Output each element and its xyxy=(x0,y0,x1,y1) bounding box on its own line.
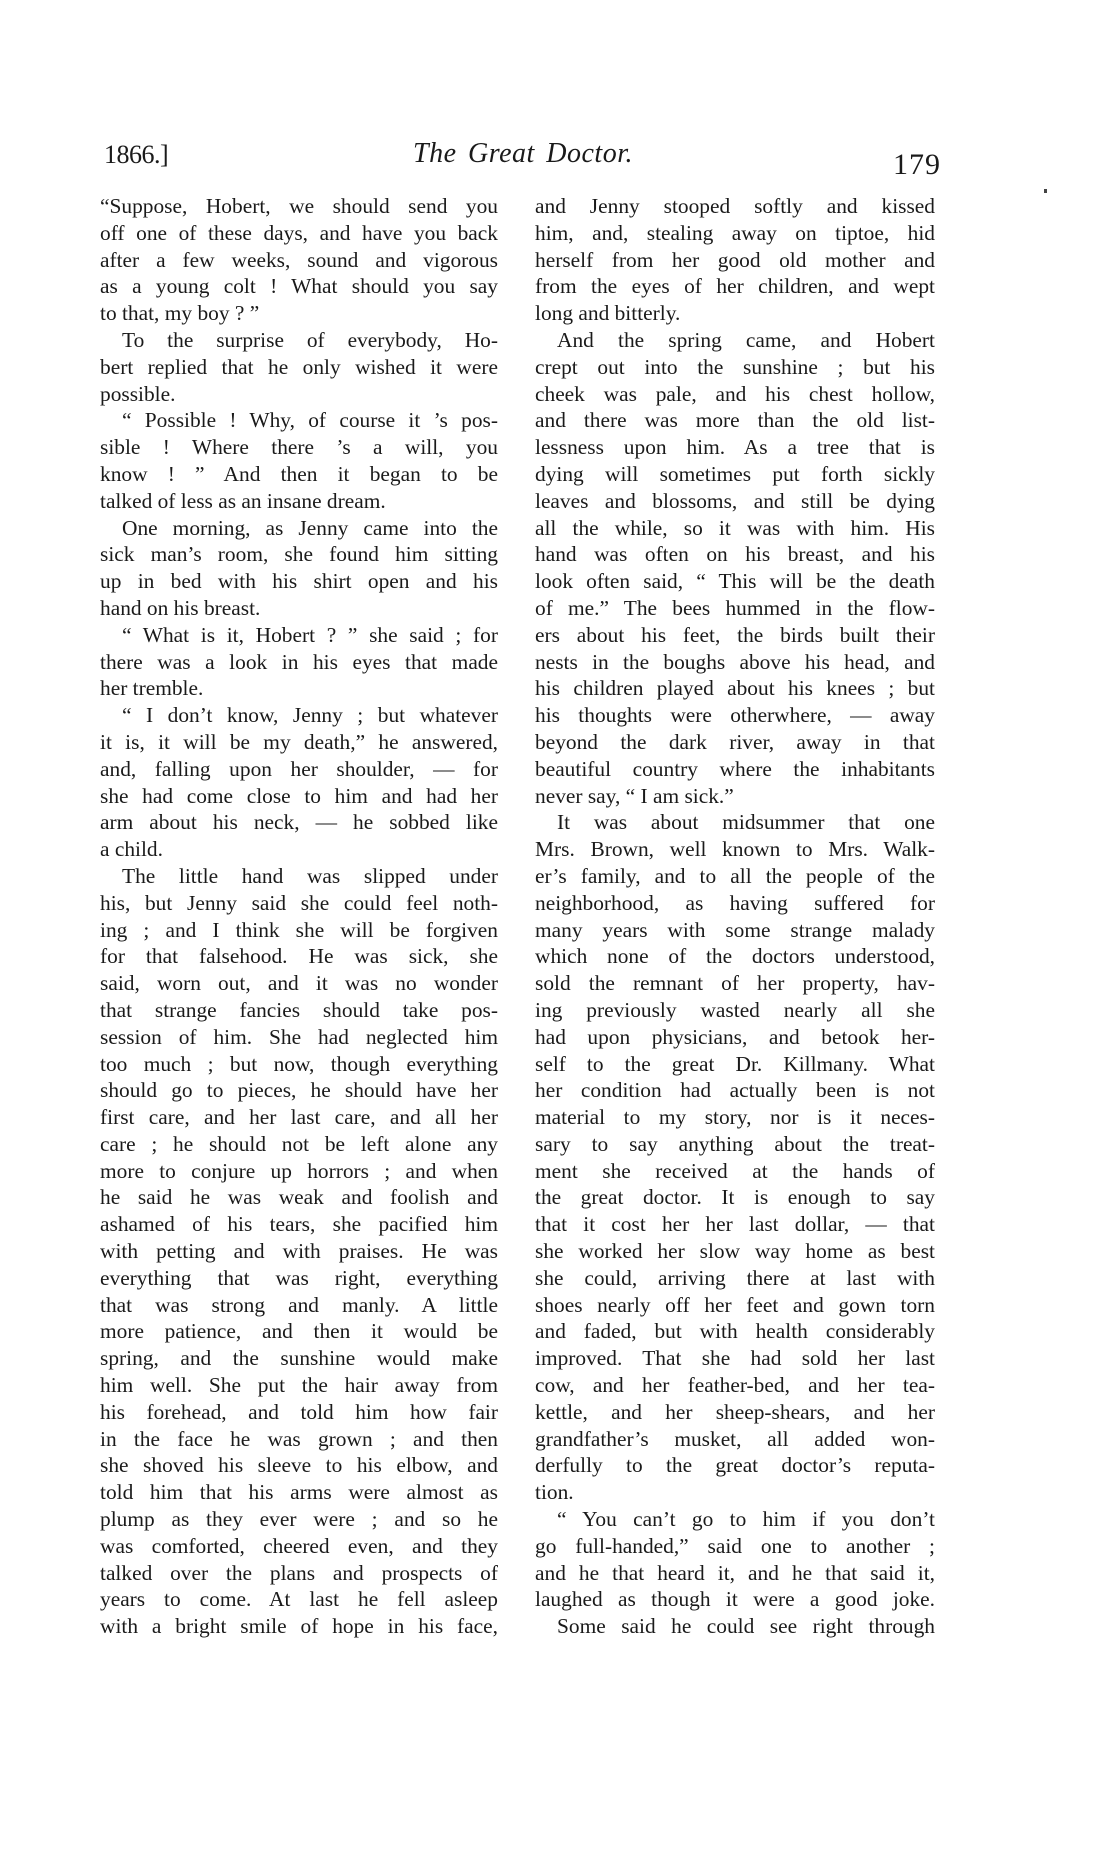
text-line: leaves and blossoms, and still be dying xyxy=(535,488,935,515)
text-line: ing previously wasted nearly all she xyxy=(535,997,935,1024)
text-line: crept out into the sunshine ; but his xyxy=(535,354,935,381)
text-line: him, and, stealing away on tiptoe, hid xyxy=(535,220,935,247)
text-line: hand on his breast. xyxy=(100,595,498,622)
text-line: improved. That she had sold her last xyxy=(535,1345,935,1372)
text-line: first care, and her last care, and all h… xyxy=(100,1104,498,1131)
text-line: that it cost her her last dollar, — that xyxy=(535,1211,935,1238)
text-line: dying will sometimes put forth sickly xyxy=(535,461,935,488)
text-line: “Suppose, Hobert, we should send you xyxy=(100,193,498,220)
text-line: she had come close to him and had her xyxy=(100,783,498,810)
text-line: material to my story, nor is it neces- xyxy=(535,1104,935,1131)
text-line: care ; he should not be left alone any xyxy=(100,1131,498,1158)
text-line: er’s family, and to all the people of th… xyxy=(535,863,935,890)
text-line: self to the great Dr. Killmany. What xyxy=(535,1051,935,1078)
text-line: with a bright smile of hope in his face, xyxy=(100,1613,498,1640)
text-line: “ You can’t go to him if you don’t xyxy=(535,1506,935,1533)
text-line: possible. xyxy=(100,381,498,408)
text-line: his forehead, and told him how fair xyxy=(100,1399,498,1426)
text-line: should go to pieces, he should have her xyxy=(100,1077,498,1104)
text-line: to that, my boy ? ” xyxy=(100,300,498,327)
text-line: hand was often on his breast, and his xyxy=(535,541,935,568)
text-line: talked over the plans and prospects of xyxy=(100,1560,498,1587)
page-number: 179 xyxy=(893,148,941,182)
text-line: lessness upon him. As a tree that is xyxy=(535,434,935,461)
text-line: him well. She put the hair away from xyxy=(100,1372,498,1399)
text-line: sary to say anything about the treat- xyxy=(535,1131,935,1158)
text-line: talked of less as an insane dream. xyxy=(100,488,498,515)
text-line: more patience, and then it would be xyxy=(100,1318,498,1345)
text-line: there was a look in his eyes that made xyxy=(100,649,498,676)
text-line: know ! ” And then it began to be xyxy=(100,461,498,488)
text-line: and Jenny stooped softly and kissed xyxy=(535,193,935,220)
text-line: laughed as though it were a good joke. xyxy=(535,1586,935,1613)
text-line: ing ; and I think she will be forgiven xyxy=(100,917,498,944)
text-line: that was strong and manly. A little xyxy=(100,1292,498,1319)
running-head-title: The Great Doctor. xyxy=(413,138,633,170)
text-line: it is, it will be my death,” he answered… xyxy=(100,729,498,756)
text-line: the great doctor. It is enough to say xyxy=(535,1184,935,1211)
text-line: that strange fancies should take pos- xyxy=(100,997,498,1024)
text-line: “ What is it, Hobert ? ” she said ; for xyxy=(100,622,498,649)
text-line: The little hand was slipped under xyxy=(100,863,498,890)
text-column-left: “Suppose, Hobert, we should send youoff … xyxy=(100,193,498,1640)
text-line: bert replied that he only wished it were xyxy=(100,354,498,381)
text-line: cheek was pale, and his chest hollow, xyxy=(535,381,935,408)
text-line: was comforted, cheered even, and they xyxy=(100,1533,498,1560)
scan-speck xyxy=(1044,189,1047,193)
text-line: off one of these days, and have you back xyxy=(100,220,498,247)
text-line: ment she received at the hands of xyxy=(535,1158,935,1185)
running-head-year: 1866.] xyxy=(104,140,168,170)
text-line: more to conjure up horrors ; and when xyxy=(100,1158,498,1185)
text-line: “ I don’t know, Jenny ; but whatever xyxy=(100,702,498,729)
text-line: long and bitterly. xyxy=(535,300,935,327)
text-line: with petting and with praises. He was xyxy=(100,1238,498,1265)
text-line: sible ! Where there ’s a will, you xyxy=(100,434,498,461)
text-line: and faded, but with health considerably xyxy=(535,1318,935,1345)
text-line: neighborhood, as having suffered for xyxy=(535,890,935,917)
text-line: of me.” The bees hummed in the flow- xyxy=(535,595,935,622)
text-line: kettle, and her sheep-shears, and her xyxy=(535,1399,935,1426)
text-line: as a young colt ! What should you say xyxy=(100,273,498,300)
text-line: To the surprise of everybody, Ho- xyxy=(100,327,498,354)
text-column-right: and Jenny stooped softly and kissedhim, … xyxy=(535,193,935,1640)
text-line: after a few weeks, sound and vigorous xyxy=(100,247,498,274)
text-line: sick man’s room, she found him sitting xyxy=(100,541,498,568)
text-line: his, but Jenny said she could feel noth- xyxy=(100,890,498,917)
text-line: up in bed with his shirt open and his xyxy=(100,568,498,595)
text-line: from the eyes of her children, and wept xyxy=(535,273,935,300)
text-line: his thoughts were otherwhere, — away xyxy=(535,702,935,729)
text-line: a child. xyxy=(100,836,498,863)
text-line: Mrs. Brown, well known to Mrs. Walk- xyxy=(535,836,935,863)
text-line: grandfather’s musket, all added won- xyxy=(535,1426,935,1453)
text-line: And the spring came, and Hobert xyxy=(535,327,935,354)
text-line: everything that was right, everything xyxy=(100,1265,498,1292)
text-line: session of him. She had neglected him xyxy=(100,1024,498,1051)
text-line: years to come. At last he fell asleep xyxy=(100,1586,498,1613)
text-line: shoes nearly off her feet and gown torn xyxy=(535,1292,935,1319)
text-line: many years with some strange malady xyxy=(535,917,935,944)
text-line: said, worn out, and it was no wonder xyxy=(100,970,498,997)
text-line: and there was more than the old list- xyxy=(535,407,935,434)
text-line: cow, and her feather-bed, and her tea- xyxy=(535,1372,935,1399)
text-line: ashamed of his tears, she pacified him xyxy=(100,1211,498,1238)
text-line: derfully to the great doctor’s reputa- xyxy=(535,1452,935,1479)
text-line: told him that his arms were almost as xyxy=(100,1479,498,1506)
text-line: his children played about his knees ; bu… xyxy=(535,675,935,702)
text-line: “ Possible ! Why, of course it ’s pos- xyxy=(100,407,498,434)
text-line: spring, and the sunshine would make xyxy=(100,1345,498,1372)
running-head: 1866.] The Great Doctor. 179 xyxy=(0,138,1112,183)
text-line: her condition had actually been is not xyxy=(535,1077,935,1104)
text-line: beautiful country where the inhabitants xyxy=(535,756,935,783)
text-line: had upon physicians, and betook her- xyxy=(535,1024,935,1051)
text-line: she could, arriving there at last with xyxy=(535,1265,935,1292)
text-line: tion. xyxy=(535,1479,935,1506)
text-line: in the face he was grown ; and then xyxy=(100,1426,498,1453)
text-line: for that falsehood. He was sick, she xyxy=(100,943,498,970)
text-line: and he that heard it, and he that said i… xyxy=(535,1560,935,1587)
text-line: sold the remnant of her property, hav- xyxy=(535,970,935,997)
text-line: too much ; but now, though everything xyxy=(100,1051,498,1078)
text-line: she shoved his sleeve to his elbow, and xyxy=(100,1452,498,1479)
text-line: arm about his neck, — he sobbed like xyxy=(100,809,498,836)
text-line: One morning, as Jenny came into the xyxy=(100,515,498,542)
text-line: beyond the dark river, away in that xyxy=(535,729,935,756)
text-line: her tremble. xyxy=(100,675,498,702)
text-line: plump as they ever were ; and so he xyxy=(100,1506,498,1533)
text-line: she worked her slow way home as best xyxy=(535,1238,935,1265)
text-line: all the while, so it was with him. His xyxy=(535,515,935,542)
text-line: ers about his feet, the birds built thei… xyxy=(535,622,935,649)
text-line: herself from her good old mother and xyxy=(535,247,935,274)
text-line: he said he was weak and foolish and xyxy=(100,1184,498,1211)
text-line: look often said, “ This will be the deat… xyxy=(535,568,935,595)
text-line: go full-handed,” said one to another ; xyxy=(535,1533,935,1560)
text-line: nests in the boughs above his head, and xyxy=(535,649,935,676)
text-line: never say, “ I am sick.” xyxy=(535,783,935,810)
text-line: which none of the doctors understood, xyxy=(535,943,935,970)
text-line: It was about midsummer that one xyxy=(535,809,935,836)
text-line: Some said he could see right through xyxy=(535,1613,935,1640)
text-line: and, falling upon her shoulder, — for xyxy=(100,756,498,783)
